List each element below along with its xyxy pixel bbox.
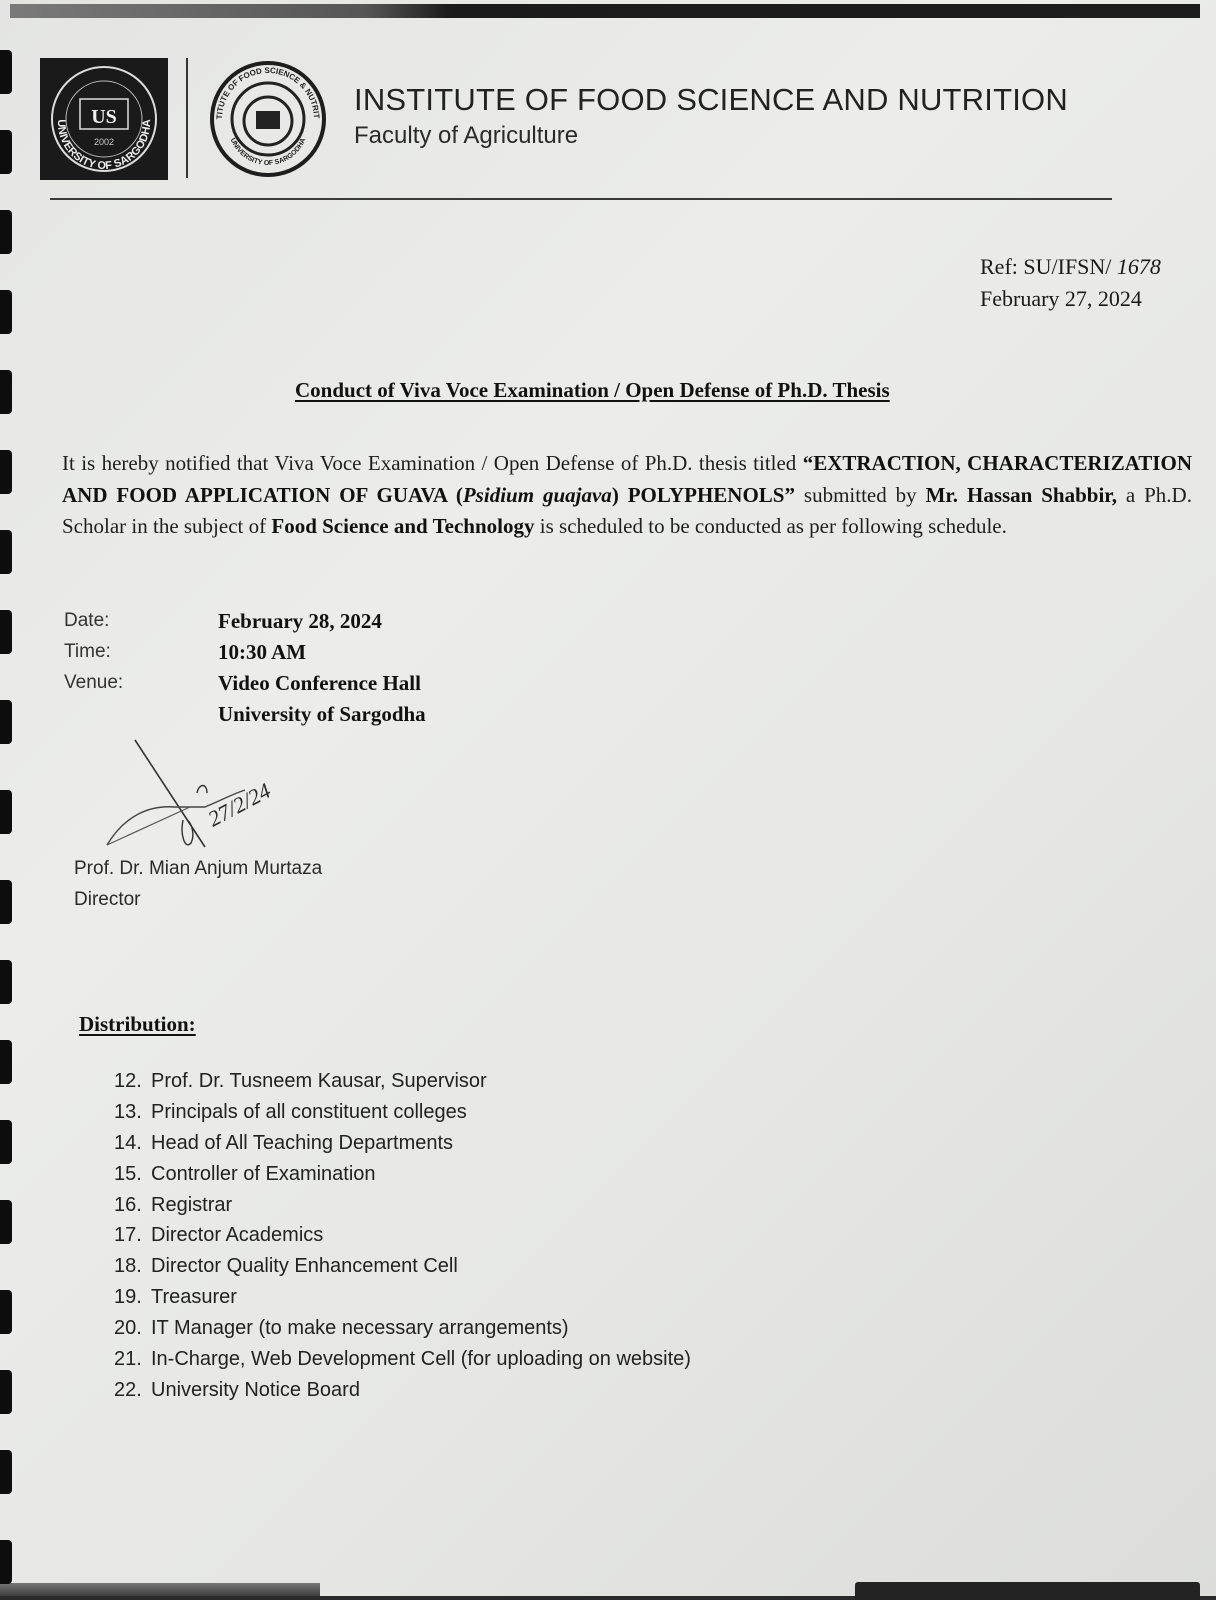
binding-hole [0,50,12,94]
distribution-item-text: Prof. Dr. Tusneem Kausar, Supervisor [151,1070,487,1092]
binding-hole [0,1450,12,1494]
distribution-item-text: Treasurer [151,1286,237,1308]
time-label: Time: [64,641,111,663]
date-value: February 28, 2024 [218,609,382,634]
svg-text:US: US [91,106,117,128]
binding-hole [0,790,12,834]
distribution-item-text: IT Manager (to make necessary arrangemen… [151,1317,569,1339]
svg-text:2002: 2002 [94,137,114,147]
distribution-item: 21.In-Charge, Web Development Cell (for … [114,1344,691,1375]
distribution-item: 17.Director Academics [114,1220,691,1251]
distribution-item-text: Director Academics [151,1224,323,1246]
binding-hole [0,610,12,654]
distribution-item-number: 21. [114,1344,151,1375]
reference-handwritten-number: 1678 [1117,254,1161,279]
distribution-item-number: 20. [114,1313,151,1344]
distribution-item: 16.Registrar [114,1190,691,1221]
distribution-item-number: 19. [114,1282,151,1313]
binding-hole [0,370,12,414]
binding-hole [0,1040,12,1084]
distribution-item-number: 22. [114,1375,151,1406]
reference-prefix: Ref: SU/IFSN/ [980,254,1117,279]
species-name: Psidium guajava [463,483,612,507]
distribution-item-number: 17. [114,1220,151,1251]
distribution-item-text: In-Charge, Web Development Cell (for upl… [151,1348,691,1370]
logo-divider [186,58,188,178]
binding-hole [0,130,12,174]
reference-number: Ref: SU/IFSN/ 1678 [980,254,1161,280]
header-divider [50,198,1112,200]
distribution-item-text: University Notice Board [151,1379,360,1401]
distribution-item-text: Registrar [151,1194,232,1216]
distribution-item-text: Principals of all constituent colleges [151,1101,467,1123]
scan-edge-top [10,4,1200,18]
binding-hole [0,530,12,574]
institute-seal: INSTITUTE OF FOOD SCIENCE & NUTRITION UN… [204,55,332,183]
distribution-item: 15.Controller of Examination [114,1159,691,1190]
distribution-list: 12.Prof. Dr. Tusneem Kausar, Supervisor1… [114,1066,691,1406]
venue-line-2: University of Sargodha [218,702,426,727]
body-intro: It is hereby notified that Viva Voce Exa… [62,451,803,475]
distribution-item: 18.Director Quality Enhancement Cell [114,1251,691,1282]
binding-hole [0,960,12,1004]
distribution-item-number: 14. [114,1128,151,1159]
distribution-item-number: 12. [114,1066,151,1097]
university-logo: US 2002 UNIVERSITY OF SARGODHA [40,58,168,180]
signer-name: Prof. Dr. Mian Anjum Murtaza [74,858,322,880]
body-closing: is scheduled to be conducted as per foll… [535,514,1007,538]
distribution-heading: Distribution: [79,1012,196,1037]
distribution-item-text: Head of All Teaching Departments [151,1132,453,1154]
scan-edge-bottom-right [855,1582,1200,1600]
binding-hole [0,450,12,494]
distribution-item: 20.IT Manager (to make necessary arrange… [114,1313,691,1344]
distribution-item-text: Director Quality Enhancement Cell [151,1255,458,1277]
distribution-item-number: 18. [114,1251,151,1282]
distribution-item-text: Controller of Examination [151,1163,376,1185]
distribution-item: 19.Treasurer [114,1282,691,1313]
faculty-name: Faculty of Agriculture [354,122,578,150]
subject-heading: Conduct of Viva Voce Examination / Open … [295,378,890,403]
distribution-item-number: 13. [114,1097,151,1128]
signer-title: Director [74,889,141,911]
distribution-item: 22.University Notice Board [114,1375,691,1406]
date-label: Date: [64,610,109,632]
subject-area: Food Science and Technology [271,514,534,538]
time-value: 10:30 AM [218,640,306,665]
institute-name: INSTITUTE OF FOOD SCIENCE AND NUTRITION [354,82,1068,118]
binding-hole [0,1540,12,1584]
binding-hole [0,700,12,744]
binding-hole [0,1290,12,1334]
distribution-item-number: 15. [114,1159,151,1190]
distribution-item: 13.Principals of all constituent college… [114,1097,691,1128]
binding-hole [0,210,12,254]
scholar-name: Mr. Hassan Shabbir, [926,483,1117,507]
distribution-item: 14.Head of All Teaching Departments [114,1128,691,1159]
binding-hole [0,1120,12,1164]
binding-hole [0,1200,12,1244]
distribution-item-number: 16. [114,1190,151,1221]
binding-hole [0,1370,12,1414]
venue-line-1: Video Conference Hall [218,671,421,696]
binding-hole [0,290,12,334]
letter-date: February 27, 2024 [980,286,1142,312]
binding-hole [0,880,12,924]
venue-label: Venue: [64,672,123,694]
distribution-item: 12.Prof. Dr. Tusneem Kausar, Supervisor [114,1066,691,1097]
director-signature: 27/2/24 [95,735,355,860]
svg-text:27/2/24: 27/2/24 [204,778,275,832]
body-submitted-by: submitted by [795,483,926,507]
notice-body: It is hereby notified that Viva Voce Exa… [62,448,1192,543]
